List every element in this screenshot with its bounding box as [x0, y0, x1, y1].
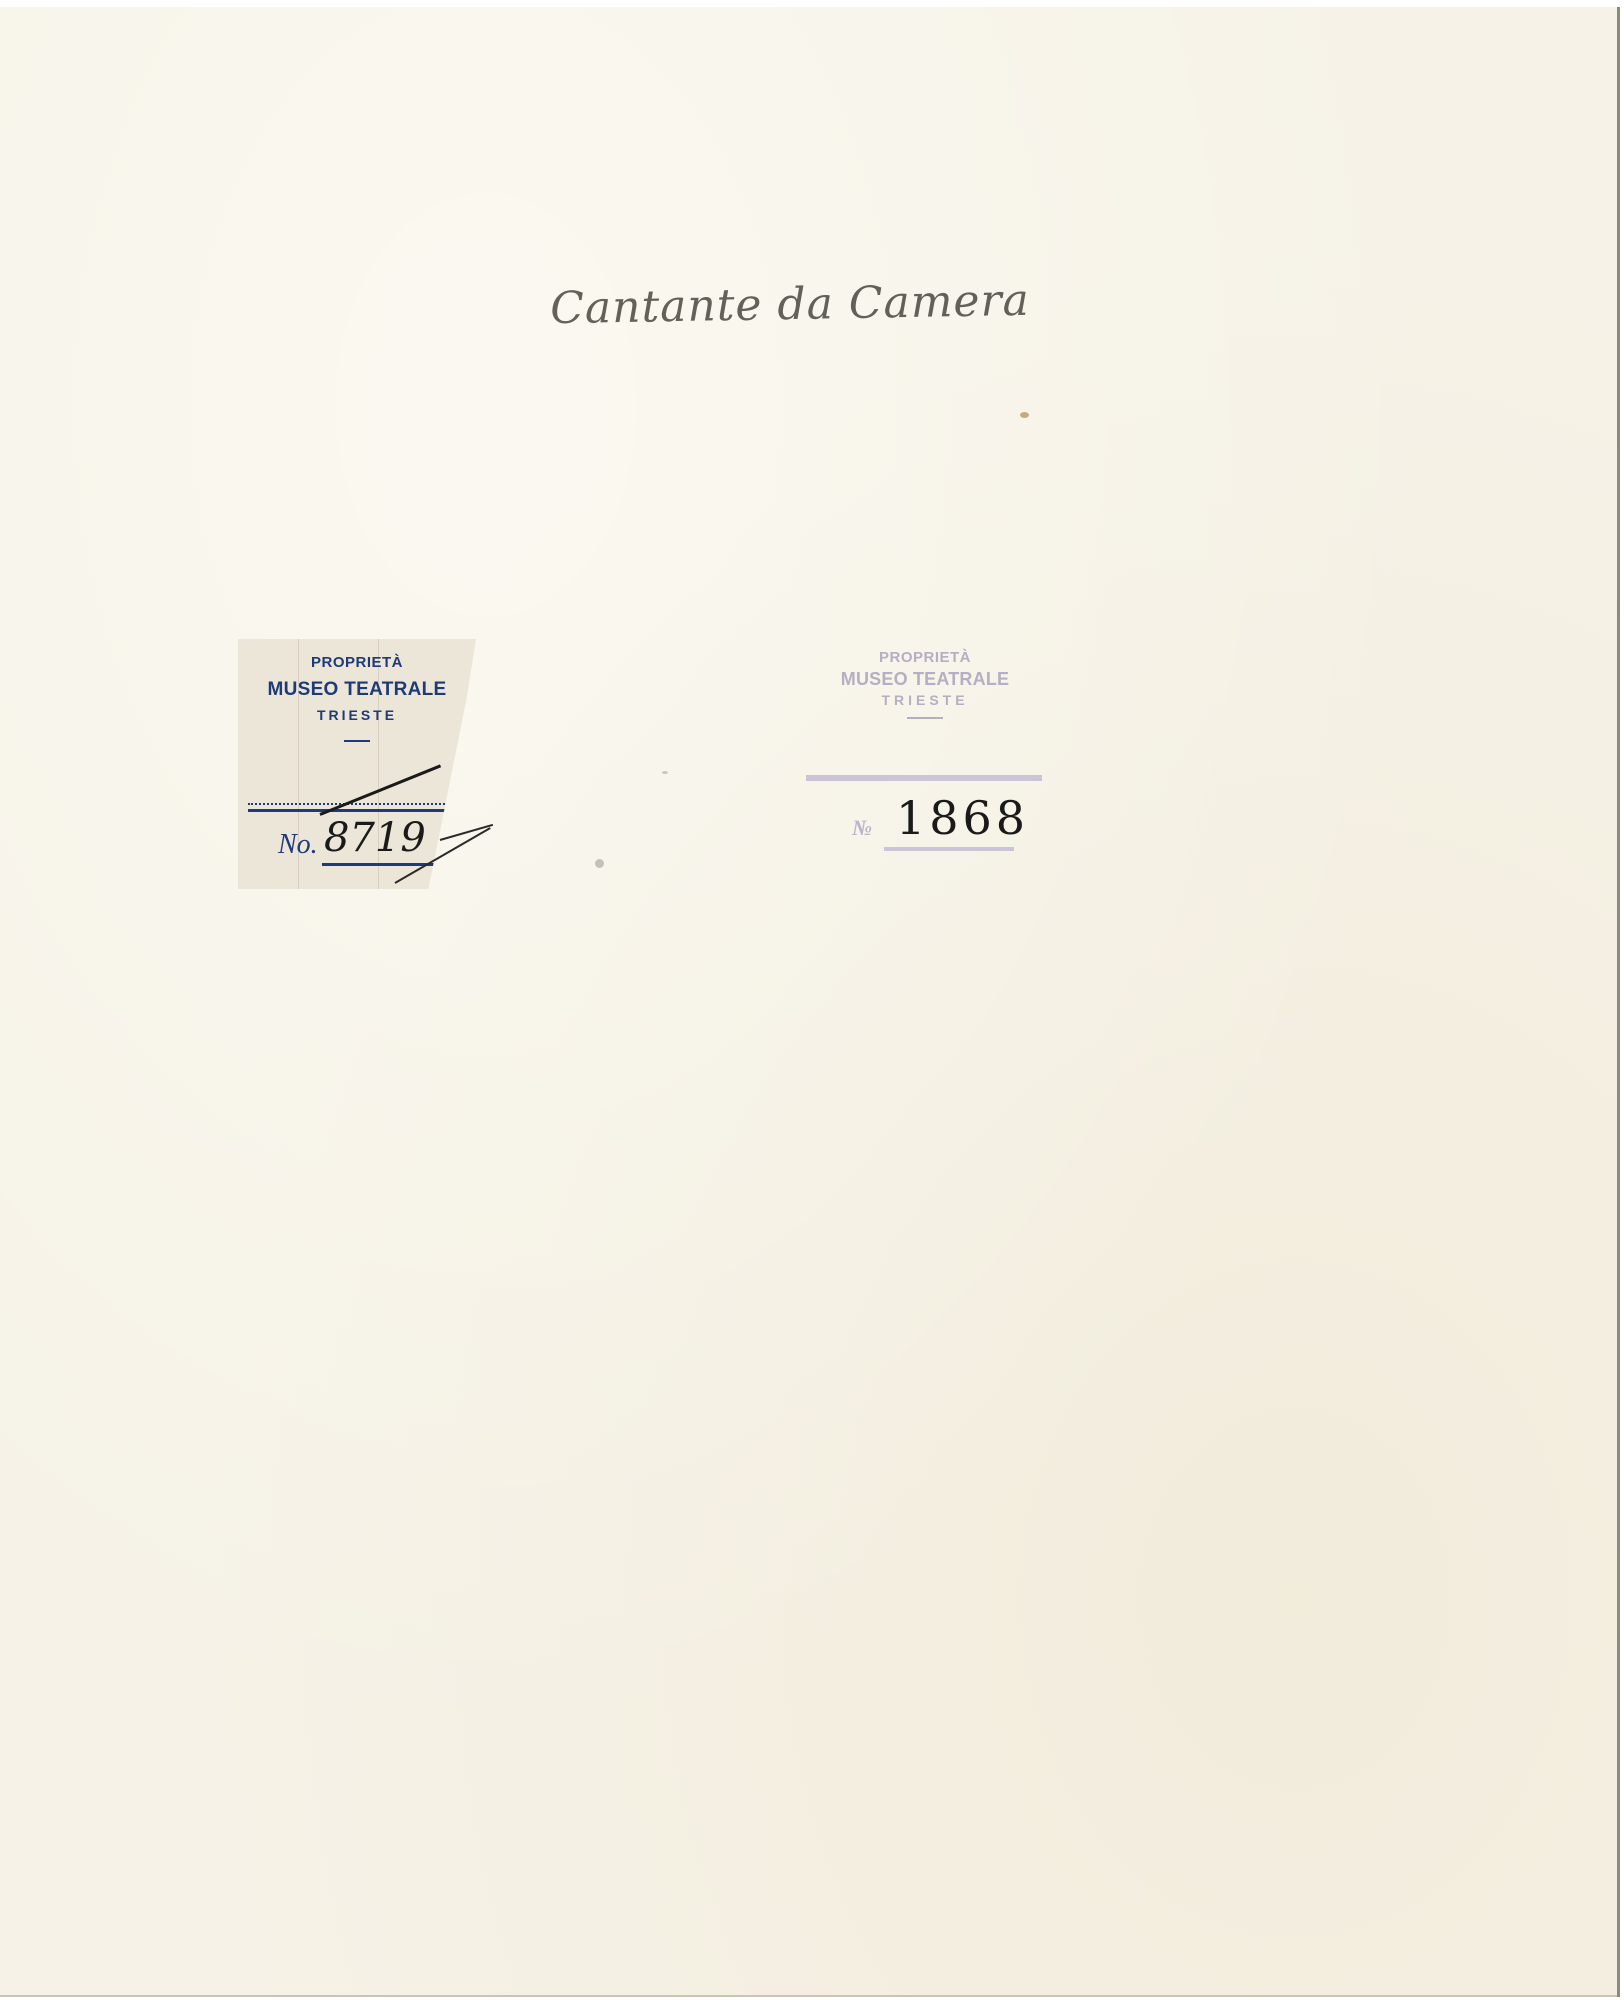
- label-number-prefix: No.: [278, 829, 318, 861]
- label-ownership: PROPRIETÀ: [238, 654, 476, 671]
- mount-sheet: Cantante da Camera PROPRIETÀ MUSEO TEATR…: [0, 7, 1620, 1997]
- stamp-museum-name: MUSEO TEATRALE: [800, 669, 1050, 690]
- stamp-number-prefix: №: [852, 815, 872, 841]
- museum-label: PROPRIETÀ MUSEO TEATRALE TRIESTE No. 871…: [238, 639, 476, 889]
- handwritten-caption: Cantante da Camera: [490, 274, 1091, 335]
- museum-stamp: PROPRIETÀ MUSEO TEATRALE TRIESTE № 1868: [800, 643, 1050, 719]
- label-double-line: [248, 809, 448, 812]
- label-city: TRIESTE: [238, 707, 476, 723]
- label-rule: [344, 740, 370, 742]
- label-museum-name: MUSEO TEATRALE: [238, 679, 476, 701]
- stamp-rule: [907, 717, 943, 719]
- stain-mark: [662, 771, 668, 774]
- stain-mark: [595, 859, 604, 868]
- stamp-number-underline: [884, 847, 1014, 851]
- stamp-line: [806, 775, 1042, 781]
- label-number: 8719: [324, 815, 426, 861]
- stamp-ownership: PROPRIETÀ: [800, 649, 1050, 666]
- stain-mark: [1020, 412, 1029, 418]
- stamp-number: 1868: [896, 791, 1029, 845]
- stamp-city: TRIESTE: [800, 692, 1050, 708]
- pen-stroke: [440, 824, 493, 841]
